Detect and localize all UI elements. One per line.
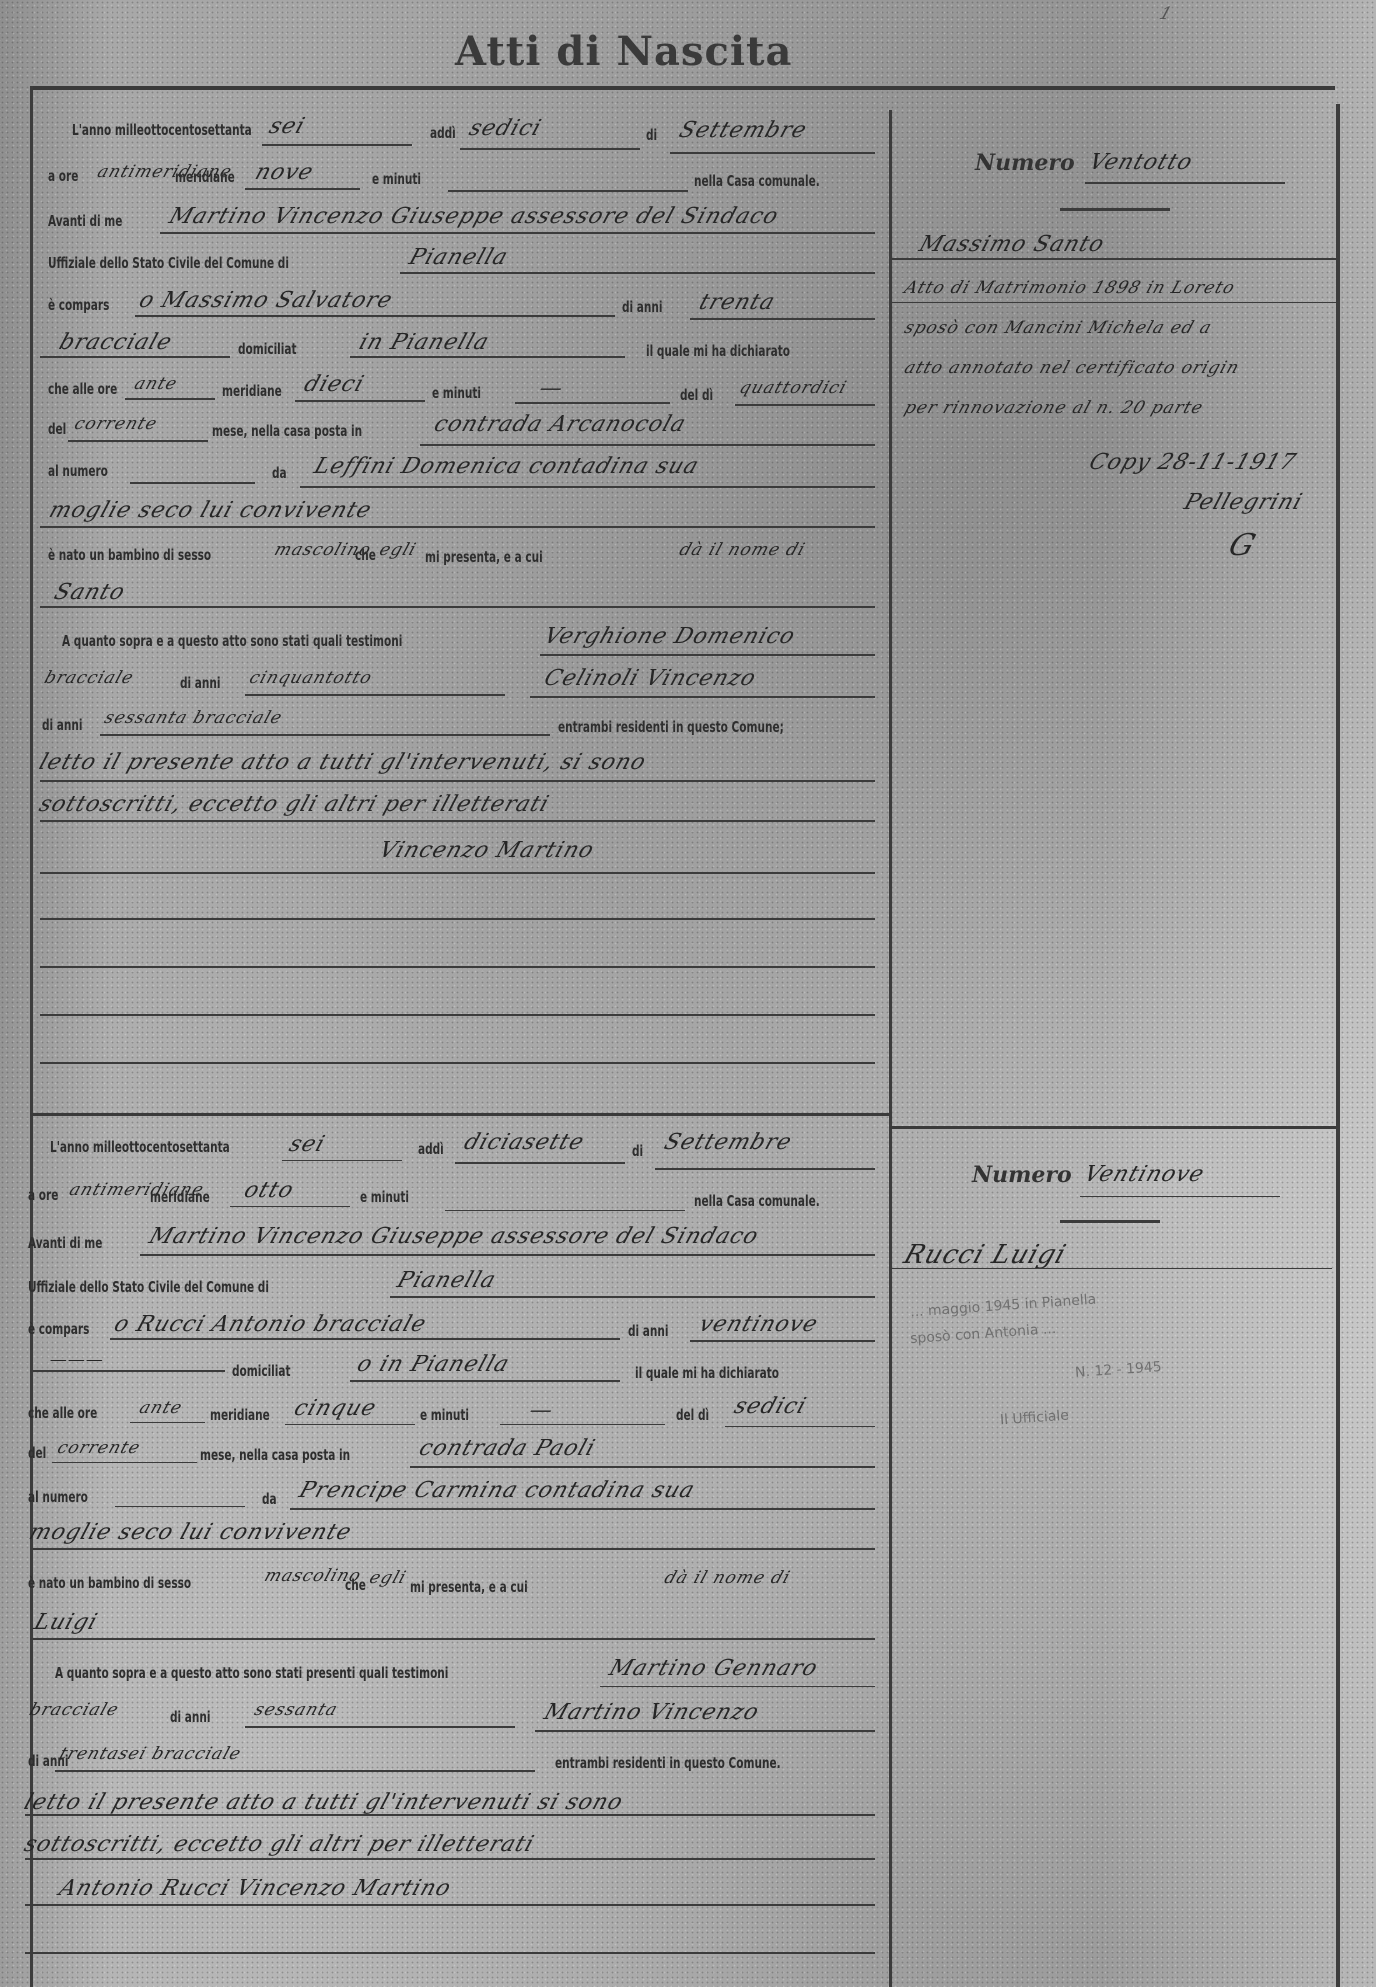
handwritten-comune: Pianella — [406, 245, 511, 270]
fill-line — [445, 1210, 685, 1211]
page-title: Atti di Nascita — [455, 28, 792, 75]
handwritten-hour: cinque — [291, 1396, 380, 1421]
numero-label: Numero — [975, 150, 1075, 176]
fill-line — [40, 606, 875, 608]
fill-line — [690, 318, 875, 320]
form-label: è compars — [48, 296, 109, 314]
frame-right-border — [1336, 104, 1340, 1987]
margin-annotation: atto annotato nel certificato origin — [902, 358, 1242, 378]
form-label: addì — [418, 1140, 444, 1158]
handwritten-hour: otto — [241, 1178, 297, 1203]
residents-label: entrambi residenti in questo Comune; — [558, 718, 784, 736]
handwritten-child-name: Santo — [51, 580, 129, 605]
form-label: è nato un bambino di sesso — [28, 1574, 191, 1592]
fill-line — [1085, 182, 1285, 184]
form-label: e minuti — [432, 384, 481, 402]
fill-line — [130, 482, 255, 484]
fill-line — [290, 1508, 875, 1510]
form-label: da — [262, 1490, 277, 1508]
fill-line — [515, 402, 670, 404]
fill-line — [655, 1168, 875, 1170]
form-label: è nato un bambino di sesso — [48, 546, 211, 564]
form-label: mi presenta, e a cui — [425, 548, 543, 566]
fill-line — [295, 400, 425, 402]
handwritten-mother: Leffini Domenica contadina sua — [311, 454, 702, 479]
fill-line — [735, 404, 875, 406]
form-label: L'anno milleottocentosettanta — [50, 1138, 230, 1156]
margin-annotation: sposò con Mancini Michela ed a — [902, 318, 1215, 338]
fill-line — [892, 1268, 1332, 1269]
fill-line — [130, 1422, 205, 1423]
form-label: Avanti di me — [48, 212, 122, 230]
margin-section-divider — [890, 1126, 1336, 1129]
handwritten-closing-2: sottoscritti, eccetto gli altri per ille… — [36, 792, 553, 817]
form-label: di — [646, 126, 657, 144]
handwritten-officer: Martino Vincenzo Giuseppe assessore del … — [146, 1224, 762, 1249]
fill-line — [30, 1370, 225, 1372]
fill-line — [40, 356, 230, 358]
fill-line — [125, 398, 215, 400]
fill-line — [30, 1548, 875, 1550]
handwritten-comune: Pianella — [394, 1268, 499, 1293]
handwritten-value: dà il nome di — [677, 540, 808, 560]
fill-line — [135, 315, 615, 317]
handwritten-declarant: o Rucci Antonio bracciale — [111, 1312, 430, 1337]
fill-line — [390, 1296, 875, 1298]
fill-line — [100, 734, 550, 736]
handwritten-continuation: moglie seco lui convivente — [26, 1520, 355, 1545]
handwritten-witness-1: Martino Gennaro — [606, 1656, 821, 1681]
form-label: domiciliat — [238, 340, 297, 358]
handwritten-day: quattordici — [737, 378, 850, 398]
handwritten-day: sedici — [466, 116, 545, 141]
fill-line — [30, 1638, 875, 1640]
form-label: e minuti — [372, 170, 421, 188]
fill-line — [530, 696, 875, 698]
underline — [1060, 1220, 1160, 1223]
fill-line — [230, 1206, 350, 1207]
form-label: che alle ore — [28, 1404, 97, 1422]
margin-annotation-signature: Copy 28-11-1917 — [1086, 450, 1300, 475]
fill-line — [300, 486, 875, 488]
margin-annotation: per rinnovazione al n. 20 parte — [902, 398, 1206, 418]
handwritten-hour: dieci — [301, 372, 368, 397]
fill-line — [400, 272, 875, 274]
form-label: che — [355, 546, 376, 564]
handwritten-hour: nove — [252, 160, 317, 185]
fill-line — [245, 1726, 515, 1728]
fill-line — [245, 694, 505, 696]
handwritten-value: corrente — [55, 1438, 143, 1458]
fill-line — [600, 1686, 875, 1687]
column-divider — [889, 110, 892, 1987]
fill-line — [455, 1162, 625, 1164]
handwritten-declarant: o Massimo Salvatore — [136, 288, 396, 313]
signature: Vincenzo Martino — [376, 838, 598, 863]
fill-line — [245, 188, 360, 190]
fill-line — [725, 1426, 875, 1427]
witness-intro: A quanto sopra e a questo atto sono stat… — [55, 1664, 448, 1682]
form-label: del — [48, 420, 66, 438]
handwritten-closing-1: letto il presente atto a tutti gl'interv… — [21, 1790, 627, 1815]
handwritten-month: Settembre — [676, 118, 810, 143]
handwritten-value: ante — [137, 1398, 185, 1418]
form-label: mese, nella casa posta in — [200, 1446, 350, 1464]
blank-line — [40, 918, 875, 920]
fill-line — [40, 820, 875, 822]
fill-line — [500, 1424, 665, 1425]
fill-line — [40, 526, 875, 528]
form-label: al numero — [28, 1488, 88, 1506]
fill-line — [350, 1380, 620, 1382]
margin-annotation-signer: Pellegrini — [1181, 490, 1306, 515]
handwritten-closing-2: sottoscritti, eccetto gli altri per ille… — [21, 1832, 538, 1857]
blank-line — [40, 1062, 875, 1064]
handwritten-month: Settembre — [661, 1130, 795, 1155]
form-label: addì — [430, 124, 456, 142]
underline — [1060, 208, 1170, 211]
fill-line — [350, 356, 625, 358]
fill-line — [40, 780, 875, 782]
handwritten-witness-2: Celinoli Vincenzo — [541, 666, 760, 691]
margin-annotation: Atto di Matrimonio 1898 in Loreto — [902, 278, 1238, 298]
handwritten-margin-name: Massimo Santo — [916, 232, 1108, 257]
form-label: che — [345, 1576, 366, 1594]
handwritten-value: corrente — [72, 414, 160, 434]
fill-line — [460, 148, 640, 150]
handwritten-numero: Ventotto — [1086, 150, 1196, 175]
fill-line — [448, 190, 688, 192]
fill-line — [670, 152, 875, 154]
form-label: di anni — [622, 298, 662, 316]
signature: Antonio Rucci Vincenzo Martino — [56, 1876, 455, 1901]
form-label: Uffiziale dello Stato Civile del Comune … — [48, 254, 289, 272]
form-label: Avanti di me — [28, 1234, 102, 1252]
fill-line — [410, 1466, 875, 1468]
handwritten-witness-1: Verghione Domenico — [541, 624, 799, 649]
fill-line — [262, 144, 412, 146]
handwritten-day: sedici — [731, 1394, 810, 1419]
form-label: meridiane — [222, 382, 282, 400]
form-label: nella Casa comunale. — [694, 1192, 820, 1210]
fill-line — [55, 1770, 535, 1772]
form-label: al numero — [48, 462, 108, 480]
fill-line — [160, 232, 875, 234]
fill-line — [892, 302, 1336, 303]
fill-line — [25, 1904, 875, 1906]
fill-line — [110, 1338, 620, 1340]
handwritten-age: cinquantotto — [247, 668, 375, 688]
form-label: meridiane — [175, 168, 235, 186]
form-label: a ore — [48, 167, 78, 185]
handwritten-age: sessanta — [252, 1700, 341, 1720]
fill-line — [420, 444, 875, 446]
handwritten-occupation: bracciale — [42, 668, 137, 688]
form-label: nella Casa comunale. — [694, 172, 820, 190]
fill-line — [892, 258, 1336, 260]
handwritten-continuation: moglie seco lui convivente — [46, 498, 375, 523]
form-label: a ore — [28, 1186, 58, 1204]
handwritten-occupation: bracciale — [27, 1700, 122, 1720]
form-label: di — [632, 1142, 643, 1160]
residents-label: entrambi residenti in questo Comune. — [555, 1754, 781, 1772]
handwritten-value: egli — [367, 1568, 409, 1588]
form-label: è compars — [28, 1320, 89, 1338]
handwritten-value: dà il nome di — [662, 1568, 793, 1588]
handwritten-day: diciasette — [461, 1130, 588, 1155]
handwritten-mother: Prencipe Carmina contadina sua — [296, 1478, 698, 1503]
handwritten-value: egli — [377, 540, 419, 560]
handwritten-child-name: Luigi — [31, 1610, 101, 1635]
numero-label: Numero — [972, 1162, 1072, 1188]
fill-line — [282, 1160, 402, 1161]
handwritten-occupation: bracciale — [56, 330, 176, 355]
form-label: meridiane — [150, 1188, 210, 1206]
fill-line — [690, 1340, 875, 1342]
fill-line — [285, 1424, 415, 1425]
form-label: di anni — [42, 716, 82, 734]
form-label: del — [28, 1444, 46, 1462]
handwritten-officer: Martino Vincenzo Giuseppe assessore del … — [166, 204, 782, 229]
handwritten-age: trenta — [696, 290, 779, 315]
fill-line — [25, 1858, 875, 1860]
handwritten-age: trentasei bracciale — [57, 1744, 244, 1764]
fill-line — [52, 1462, 197, 1463]
form-label: il quale mi ha dichiarato — [635, 1364, 779, 1382]
blank-line — [40, 966, 875, 968]
form-label: che alle ore — [48, 380, 117, 398]
handwritten-address: contrada Paoli — [416, 1436, 599, 1461]
handwritten-value: ante — [132, 374, 180, 394]
fill-line — [40, 872, 875, 874]
handwritten-residence: o in Pianella — [354, 1352, 513, 1377]
handwritten-age: sessanta bracciale — [102, 708, 285, 728]
frame-top-border — [30, 86, 1335, 90]
handwritten-residence: in Pianella — [356, 330, 493, 355]
blank-line — [40, 1014, 875, 1016]
fill-line — [140, 1254, 875, 1256]
form-label: e minuti — [420, 1406, 469, 1424]
form-label: Uffiziale dello Stato Civile del Comune … — [28, 1278, 269, 1296]
handwritten-numero: Ventinove — [1081, 1162, 1208, 1187]
fill-line — [25, 1814, 875, 1816]
handwritten-closing-1: letto il presente atto a tutti gl'interv… — [36, 750, 650, 775]
form-label: di anni — [628, 1322, 668, 1340]
form-label: il quale mi ha dichiarato — [646, 342, 790, 360]
form-label: del dì — [680, 386, 713, 404]
fill-line — [540, 654, 875, 656]
record-divider — [30, 1113, 890, 1116]
form-label: mese, nella casa posta in — [212, 422, 362, 440]
form-label: di anni — [170, 1708, 210, 1726]
handwritten-value: ——— — [47, 1350, 107, 1370]
form-label: da — [272, 464, 287, 482]
form-label: del dì — [676, 1406, 709, 1424]
handwritten-witness-2: Martino Vincenzo — [541, 1700, 763, 1725]
fill-line — [1080, 1196, 1280, 1197]
form-label: meridiane — [210, 1406, 270, 1424]
form-label: e minuti — [360, 1188, 409, 1206]
fill-line — [535, 1730, 875, 1732]
witness-intro: A quanto sopra e a questo atto sono stat… — [62, 632, 402, 650]
handwritten-margin-name: Rucci Luigi — [900, 1240, 1070, 1270]
form-label: di anni — [180, 674, 220, 692]
form-label: mi presenta, e a cui — [410, 1578, 528, 1596]
form-label: domiciliat — [232, 1362, 291, 1380]
form-label: L'anno milleottocentosettanta — [72, 121, 252, 139]
fill-line — [115, 1506, 245, 1507]
handwritten-age: ventinove — [696, 1312, 821, 1337]
handwritten-address: contrada Arcanocola — [431, 412, 690, 437]
blank-line — [25, 1952, 875, 1954]
fill-line — [68, 440, 208, 442]
